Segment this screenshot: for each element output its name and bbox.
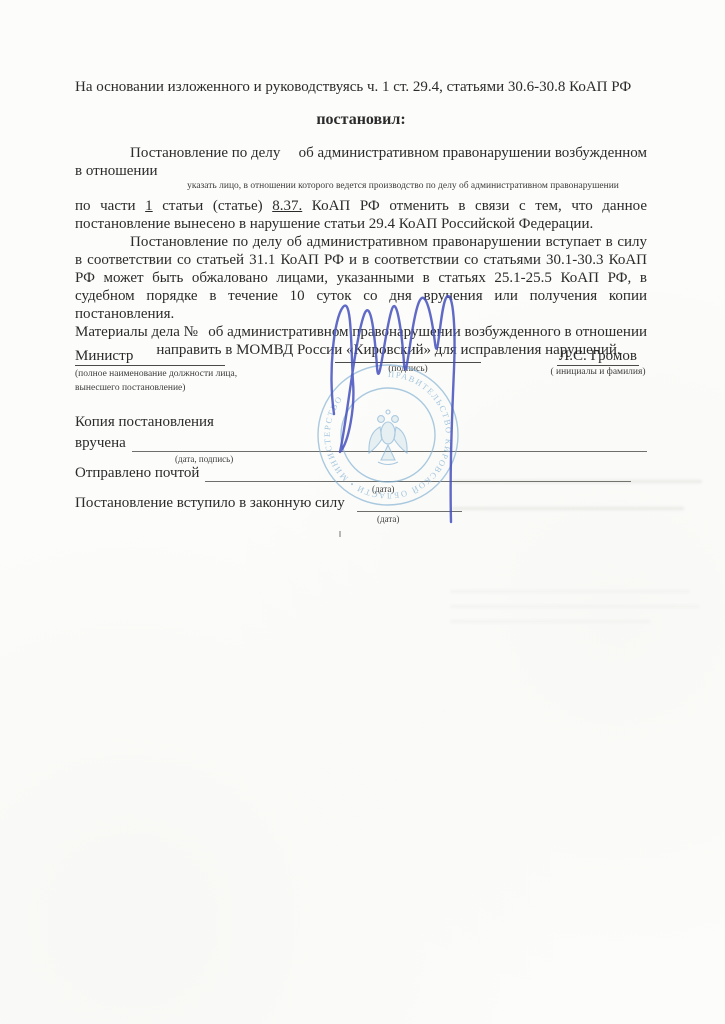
intro-line: На основании изложенного и руководствуяс… [75,78,647,96]
position-title: Министр [75,348,225,366]
materials-lead: Материалы дела № [75,323,198,341]
part-number-underlined: 1 [145,198,153,214]
legal-force-label: Постановление вступило в законную силу [75,495,345,512]
case-tail: об административном правонарушении возбу… [299,144,647,162]
official-name-column: Л.С. Громов ( инициалы и фамилия) [543,348,653,378]
signature-stroke [332,296,455,522]
bleed-through-text-upper [452,480,714,510]
cancel-part1: по части [75,198,145,214]
copy-label-line2: вручена [75,435,126,452]
scan-artifact [339,531,341,537]
cancel-part2: статьи (статье) [153,198,273,214]
position-caption-line1: (полное наименование должности лица, [75,368,310,380]
official-name: Л.С. Громов [557,348,639,366]
case-paragraph-line2: в отношении [75,162,647,180]
case-lead: Постановление по делу [130,144,280,162]
article-number-underlined: 8.37. [272,198,302,214]
resolved-heading: постановил: [75,111,647,129]
scanned-document-page: На основании изложенного и руководствуяс… [0,0,725,1024]
handwritten-signature [318,286,468,531]
official-position-column: Министр (полное наименование должности л… [75,348,310,394]
name-caption: ( инициалы и фамилия) [543,366,653,378]
bleed-through-text-lower [450,590,705,623]
cancel-paragraph: по части 1 статьи (статье) 8.37. КоАП РФ… [75,197,647,233]
mailed-label: Отправлено почтой [75,465,199,482]
case-footnote: указать лицо, в отношении которого ведет… [159,180,647,192]
case-paragraph-line1: Постановление по делу об административно… [75,144,647,162]
position-caption-line2: вынесшего постановление) [75,382,310,394]
